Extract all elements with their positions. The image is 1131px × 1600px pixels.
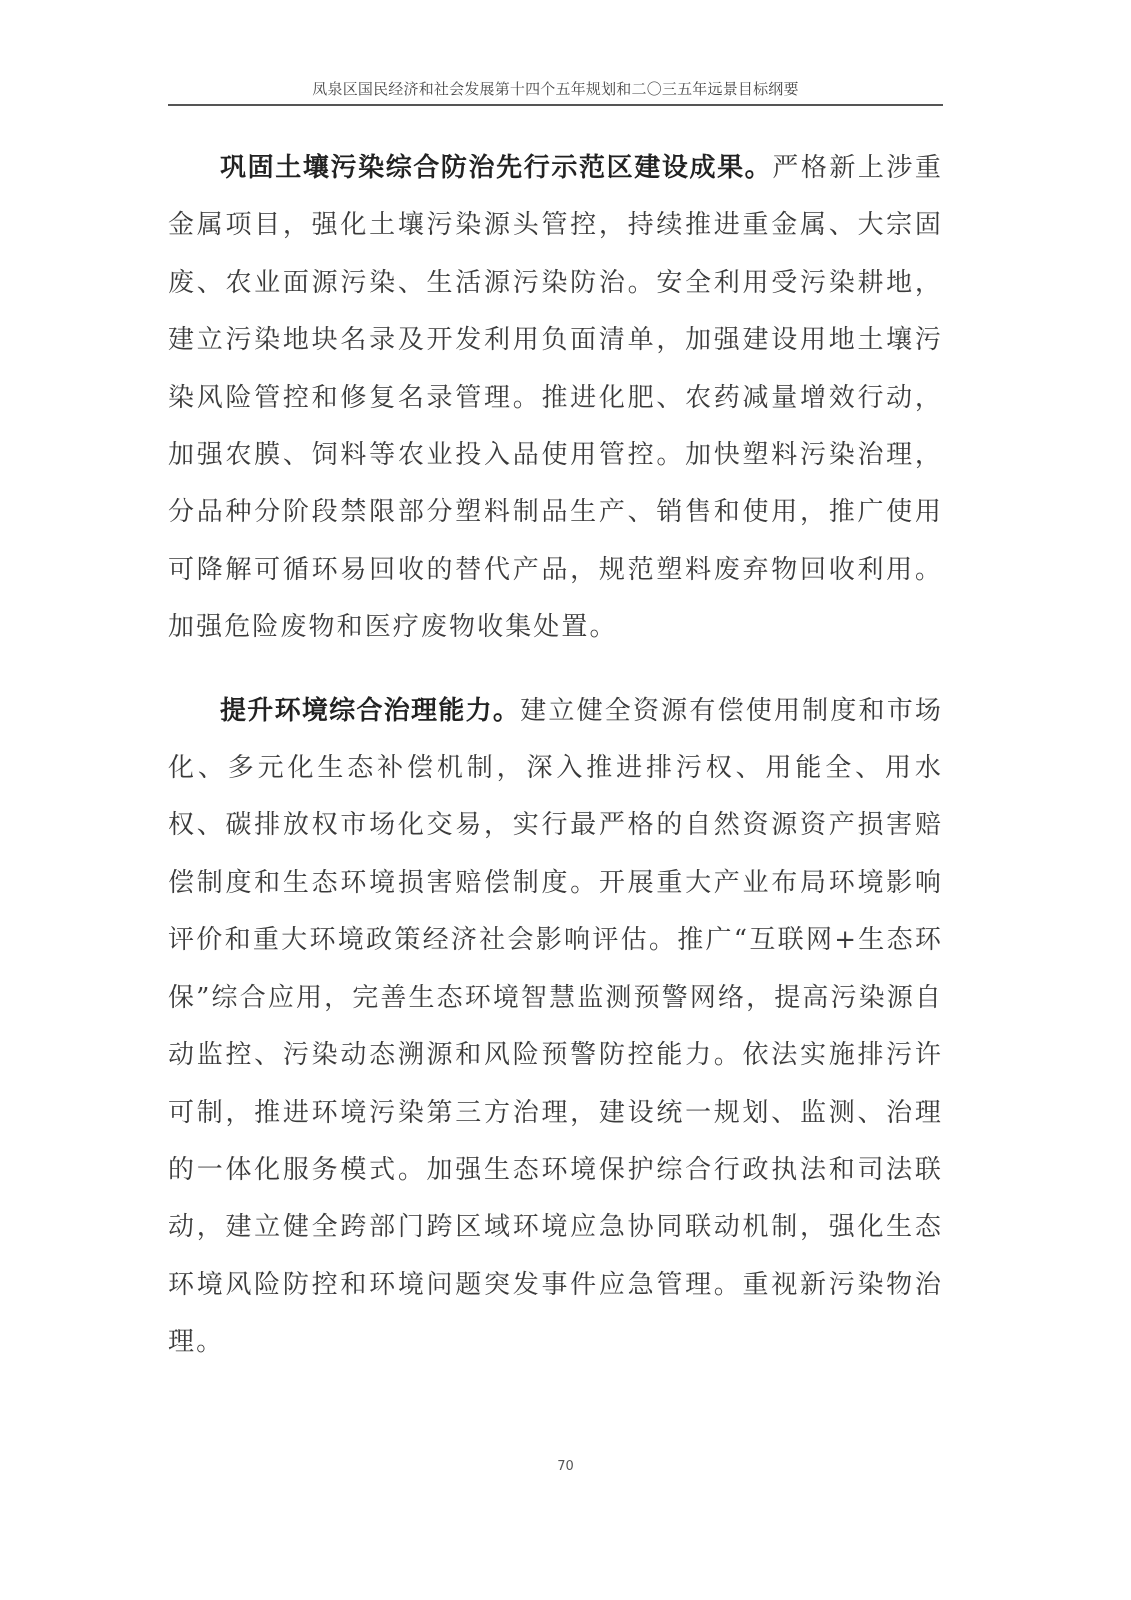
paragraph-soil-pollution: 巩固土壤污染综合防治先行示范区建设成果。严格新上涉重金属项目，强化土壤污染源头管…	[168, 140, 943, 657]
paragraph-text: 严格新上涉重金属项目，强化土壤污染源头管控，持续推进重金属、大宗固废、农业面源污…	[168, 153, 943, 642]
paragraph-environment-governance: 提升环境综合治理能力。建立健全资源有偿使用制度和市场化、多元化生态补偿机制，深入…	[168, 683, 943, 1372]
document-body: 巩固土壤污染综合防治先行示范区建设成果。严格新上涉重金属项目，强化土壤污染源头管…	[168, 140, 943, 1372]
running-header: 凤泉区国民经济和社会发展第十四个五年规划和二〇三五年远景目标纲要	[168, 78, 943, 99]
paragraph-text: 建立健全资源有偿使用制度和市场化、多元化生态补偿机制，深入推进排污权、用能全、用…	[168, 696, 943, 1357]
paragraph-lead: 提升环境综合治理能力。	[220, 696, 520, 726]
paragraph-lead: 巩固土壤污染综合防治先行示范区建设成果。	[220, 153, 772, 183]
page-number: 70	[0, 1459, 1131, 1474]
header-divider	[168, 104, 943, 106]
